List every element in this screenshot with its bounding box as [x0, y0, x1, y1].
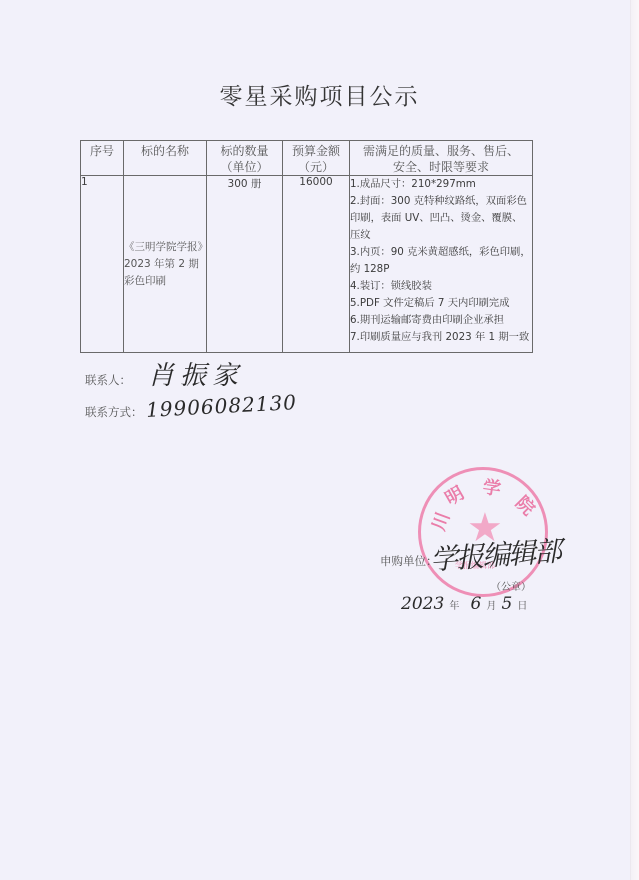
requirement-item: 3.内页：90 克米黄超感纸，彩色印刷，约 128P: [350, 244, 532, 278]
stamp-char: 学: [481, 473, 502, 501]
header-quantity-line1: 标的数量: [207, 143, 282, 159]
header-requirements-line2: 安全、时限等要求: [350, 159, 532, 175]
date-line: 2023 年 6 月 5 日: [401, 594, 527, 614]
procurement-table: 序号 标的名称 标的数量 （单位） 预算金额 （元） 需满足的质量、服务、售后、…: [80, 140, 533, 353]
header-quantity: 标的数量 （单位）: [207, 141, 283, 176]
table-row: 1 《三明学院学报》2023 年第 2 期彩色印刷 300 册 16000 1.…: [81, 176, 533, 353]
date-month: 6: [470, 594, 481, 614]
contact-person-label: 联系人：: [85, 372, 131, 388]
cell-budget: 16000: [283, 176, 350, 353]
document-title: 零星采购项目公示: [0, 78, 639, 111]
header-name: 标的名称: [124, 141, 207, 176]
cell-quantity: 300 册: [207, 176, 283, 353]
stamp-char: 院: [510, 489, 541, 520]
contact-person-signature: 肖振家: [148, 355, 244, 392]
header-budget-line2: （元）: [283, 159, 349, 175]
page-edge: [630, 0, 639, 880]
header-quantity-line2: （单位）: [207, 159, 282, 175]
date-year: 2023: [401, 594, 444, 614]
requirement-item: 6.期刊运输邮寄费由印刷企业承担: [350, 312, 532, 329]
stamp-char: 明: [440, 479, 469, 511]
header-requirements-line1: 需满足的质量、服务、售后、: [350, 143, 532, 159]
cell-seq: 1: [81, 176, 124, 353]
header-budget: 预算金额 （元）: [283, 141, 350, 176]
cell-requirements: 1.成品尺寸：210*297mm 2.封面：300 克特种纹路纸，双面彩色印刷，…: [350, 176, 533, 353]
contact-phone-label: 联系方式：: [85, 404, 143, 420]
requirement-item: 5.PDF 文件定稿后 7 天内印刷完成: [350, 295, 532, 312]
requirement-item: 2.封面：300 克特种纹路纸，双面彩色印刷，表面 UV、凹凸、烫金、覆膜、压纹: [350, 193, 532, 244]
requirement-item: 7.印刷质量应与我刊 2023 年 1 期一致: [350, 329, 532, 346]
stamp-char: 川: [425, 508, 456, 534]
cell-name: 《三明学院学报》2023 年第 2 期彩色印刷: [124, 176, 207, 353]
table-header-row: 序号 标的名称 标的数量 （单位） 预算金额 （元） 需满足的质量、服务、售后、…: [81, 141, 533, 176]
date-day: 5: [501, 594, 512, 614]
date-year-suffix: 年: [449, 601, 459, 612]
applicant-label: 申购单位：: [380, 553, 438, 569]
date-day-suffix: 日: [517, 601, 527, 612]
seal-note: （公章）: [491, 578, 531, 593]
applicant-signature: 学报编辑部: [429, 530, 561, 579]
requirement-item: 1.成品尺寸：210*297mm: [350, 176, 532, 193]
header-budget-line1: 预算金额: [283, 143, 349, 159]
header-seq: 序号: [81, 141, 124, 176]
header-requirements: 需满足的质量、服务、售后、 安全、时限等要求: [350, 141, 533, 176]
requirement-item: 4.装订：锁线胶装: [350, 278, 532, 295]
date-month-suffix: 月: [486, 601, 496, 612]
contact-phone-handwritten: 19906082130: [145, 390, 297, 422]
